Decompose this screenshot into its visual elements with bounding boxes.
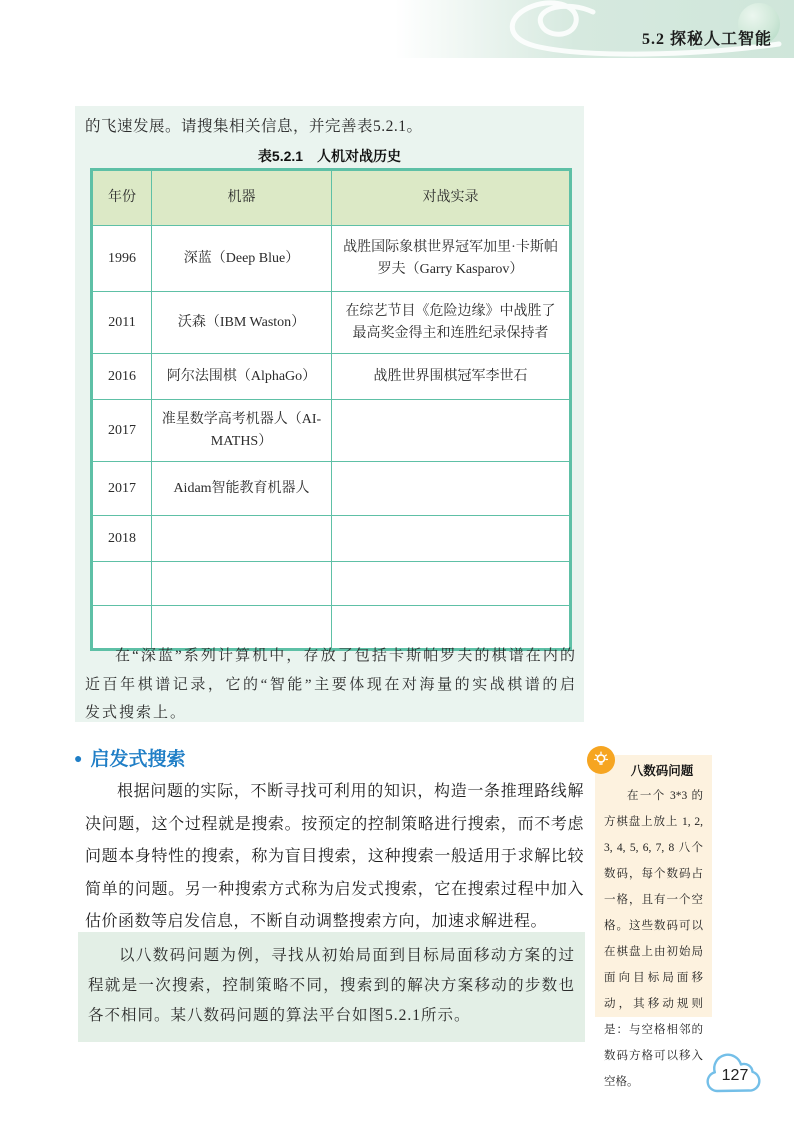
- table-cell: [152, 562, 332, 606]
- highlight-paragraph-eight-puzzle: 以八数码问题为例，寻找从初始局面到目标局面移动方案的过程就是一次搜索，控制策略不…: [78, 932, 585, 1042]
- table-cell: 2017: [92, 400, 152, 462]
- body-paragraph-search-definition: 根据问题的实际，不断寻找可利用的知识，构造一条推理路线解决问题，这个过程就是搜索…: [85, 776, 584, 939]
- table-cell: [152, 516, 332, 562]
- table-cell: [332, 400, 571, 462]
- table-cell: 战胜国际象棋世界冠军加里·卡斯帕罗夫（Garry Kasparov）: [332, 226, 571, 292]
- table-cell: 2011: [92, 292, 152, 354]
- sidebar-title: 八数码问题: [619, 761, 705, 779]
- section-title: 启发式搜索: [90, 749, 185, 770]
- table-cell: [92, 562, 152, 606]
- table-row: 2017Aidam智能教育机器人: [92, 462, 571, 516]
- page-number: 127: [702, 1067, 768, 1085]
- lightbulb-icon: [587, 746, 615, 774]
- table-cell: 阿尔法围棋（AlphaGo）: [152, 354, 332, 400]
- table-cell: 准星数学高考机器人（AI-MATHS）: [152, 400, 332, 462]
- table-cell: 战胜世界围棋冠军李世石: [332, 354, 571, 400]
- page-number-cloud: 127: [702, 1052, 768, 1100]
- textbook-page: 5.2 探秘人工智能 的飞速发展。请搜集相关信息，并完善表5.2.1。 表5.2…: [0, 0, 794, 1122]
- table-row: [92, 562, 571, 606]
- table-cell: 2018: [92, 516, 152, 562]
- activity-panel: 的飞速发展。请搜集相关信息，并完善表5.2.1。 表5.2.1 人机对战历史 年…: [75, 106, 584, 722]
- table-cell: 沃森（IBM Waston）: [152, 292, 332, 354]
- chapter-section-title: 5.2 探秘人工智能: [642, 26, 772, 49]
- intro-text: 的飞速发展。请搜集相关信息，并完善表5.2.1。: [85, 114, 575, 136]
- table-cell: 2016: [92, 354, 152, 400]
- table-row: 1996深蓝（Deep Blue）战胜国际象棋世界冠军加里·卡斯帕罗夫（Garr…: [92, 226, 571, 292]
- battle-history-table: 年份 机器 对战实录 1996深蓝（Deep Blue）战胜国际象棋世界冠军加里…: [90, 168, 572, 651]
- sidebar-tip-box: 八数码问题 在一个 3*3 的方棋盘上放上 1, 2, 3, 4, 5, 6, …: [595, 755, 712, 1017]
- table-cell: 在综艺节目《危险边缘》中战胜了最高奖金得主和连胜纪录保持者: [332, 292, 571, 354]
- deep-blue-paragraph: 在“深蓝”系列计算机中，存放了包括卡斯帕罗夫的棋谱在内的近百年棋谱记录，它的“智…: [85, 642, 577, 728]
- table-cell: [332, 562, 571, 606]
- table-cell: [332, 462, 571, 516]
- battle-table-body: 1996深蓝（Deep Blue）战胜国际象棋世界冠军加里·卡斯帕罗夫（Garr…: [92, 226, 571, 650]
- table-row: 2011沃森（IBM Waston）在综艺节目《危险边缘》中战胜了最高奖金得主和…: [92, 292, 571, 354]
- table-row: 2018: [92, 516, 571, 562]
- sidebar-body-text: 在一个 3*3 的方棋盘上放上 1, 2, 3, 4, 5, 6, 7, 8 八…: [604, 783, 703, 1095]
- column-header-year: 年份: [92, 170, 152, 226]
- table-caption: 表5.2.1 人机对战历史: [75, 146, 584, 166]
- column-header-machine: 机器: [152, 170, 332, 226]
- table-cell: Aidam智能教育机器人: [152, 462, 332, 516]
- section-heading-heuristic-search: ●启发式搜索: [74, 744, 185, 771]
- page-header-band: 5.2 探秘人工智能: [395, 0, 794, 58]
- column-header-record: 对战实录: [332, 170, 571, 226]
- table-cell: 深蓝（Deep Blue）: [152, 226, 332, 292]
- table-cell: 2017: [92, 462, 152, 516]
- table-cell: 1996: [92, 226, 152, 292]
- bullet-icon: ●: [74, 750, 82, 766]
- table-row: 2017准星数学高考机器人（AI-MATHS）: [92, 400, 571, 462]
- table-header-row: 年份 机器 对战实录: [92, 170, 571, 226]
- table-cell: [332, 516, 571, 562]
- table-row: 2016阿尔法围棋（AlphaGo）战胜世界围棋冠军李世石: [92, 354, 571, 400]
